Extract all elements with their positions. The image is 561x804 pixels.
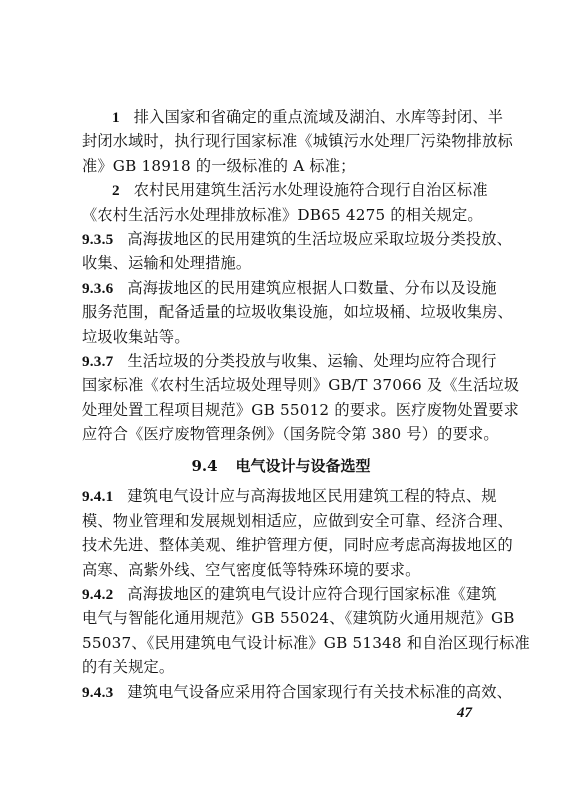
clause-9-3-7-line-3: 处理处置工程项目规范》GB 55012 的要求。医疗废物处置要求	[82, 398, 480, 422]
clause-9-4-3-line-1: 9.4.3建筑电气设备应采用符合国家现行有关技术标准的高效、	[82, 680, 480, 704]
clause-9-3-5-line-2: 收集、运输和处理措施。	[82, 251, 480, 275]
clause-number: 9.3.5	[82, 231, 113, 248]
clause-9-4-1-line-2: 模、物业管理和发展规划相适应，应做到安全可靠、经济合理、	[82, 509, 480, 533]
clause-9-3-6-line-1: 9.3.6高海拔地区的民用建筑应根据人口数量、分布以及设施	[82, 276, 480, 300]
clause-item-1-line-2: 封闭水域时，执行现行国家标准《城镇污水处理厂污染物排放标	[82, 129, 480, 153]
clause-9-4-1-line-3: 技术先进、整体美观、维护管理方便，同时应考虑高海拔地区的	[82, 533, 480, 557]
clause-9-3-7-line-2: 国家标准《农村生活垃圾处理导则》GB/T 37066 及《生活垃圾	[82, 373, 480, 397]
clause-9-3-7-line-4: 应符合《医疗废物管理条例》（国务院令第 380 号）的要求。	[82, 422, 480, 446]
clause-9-3-6-line-2: 服务范围，配备适量的垃圾收集设施，如垃圾桶、垃圾收集房、	[82, 300, 480, 324]
clause-number: 9.4.2	[82, 586, 113, 603]
clause-number: 9.3.6	[82, 280, 113, 297]
clause-9-3-6-line-3: 垃圾收集站等。	[82, 325, 480, 349]
clause-item-2-line-2: 《农村生活污水处理排放标准》DB65 4275 的相关规定。	[82, 203, 480, 227]
clause-9-4-2-line-3: 55037、《民用建筑电气设计标准》GB 51348 和自治区现行标准	[82, 631, 480, 655]
item-number: 1	[112, 109, 120, 126]
section-title: 电气设计与设备选型	[236, 457, 371, 475]
clause-9-3-5-line-1: 9.3.5高海拔地区的民用建筑的生活垃圾应采取垃圾分类投放、	[82, 227, 480, 251]
clause-number: 9.3.7	[82, 353, 113, 370]
page-number: 47	[457, 705, 472, 722]
clause-9-3-7-line-1: 9.3.7生活垃圾的分类投放与收集、运输、处理均应符合现行	[82, 349, 480, 373]
clause-item-1-line-3: 准》GB 18918 的一级标准的 A 标准；	[82, 154, 480, 178]
clause-9-4-1-line-4: 高寒、高紫外线、空气密度低等特殊环境的要求。	[82, 558, 480, 582]
clause-number: 9.4.1	[82, 488, 113, 505]
clause-number: 9.4.3	[82, 684, 113, 701]
clause-9-4-2-line-2: 电气与智能化通用规范》GB 55024、《建筑防火通用规范》GB	[82, 606, 480, 630]
clause-9-4-1-line-1: 9.4.1建筑电气设计应与高海拔地区民用建筑工程的特点、规	[82, 484, 480, 508]
clause-9-4-2-line-1: 9.4.2高海拔地区的建筑电气设计应符合现行国家标准《建筑	[82, 582, 480, 606]
section-number: 9.4	[191, 457, 217, 475]
document-page: 1排入国家和省确定的重点流域及湖泊、水库等封闭、半 封闭水域时，执行现行国家标准…	[82, 105, 480, 704]
item-number: 2	[112, 182, 120, 199]
clause-9-4-2-line-4: 的有关规定。	[82, 655, 480, 679]
section-heading: 9.4电气设计与设备选型	[82, 446, 480, 480]
clause-item-1-line-1: 1排入国家和省确定的重点流域及湖泊、水库等封闭、半	[82, 105, 480, 129]
clause-item-2-line-1: 2农村民用建筑生活污水处理设施符合现行自治区标准	[82, 178, 480, 202]
